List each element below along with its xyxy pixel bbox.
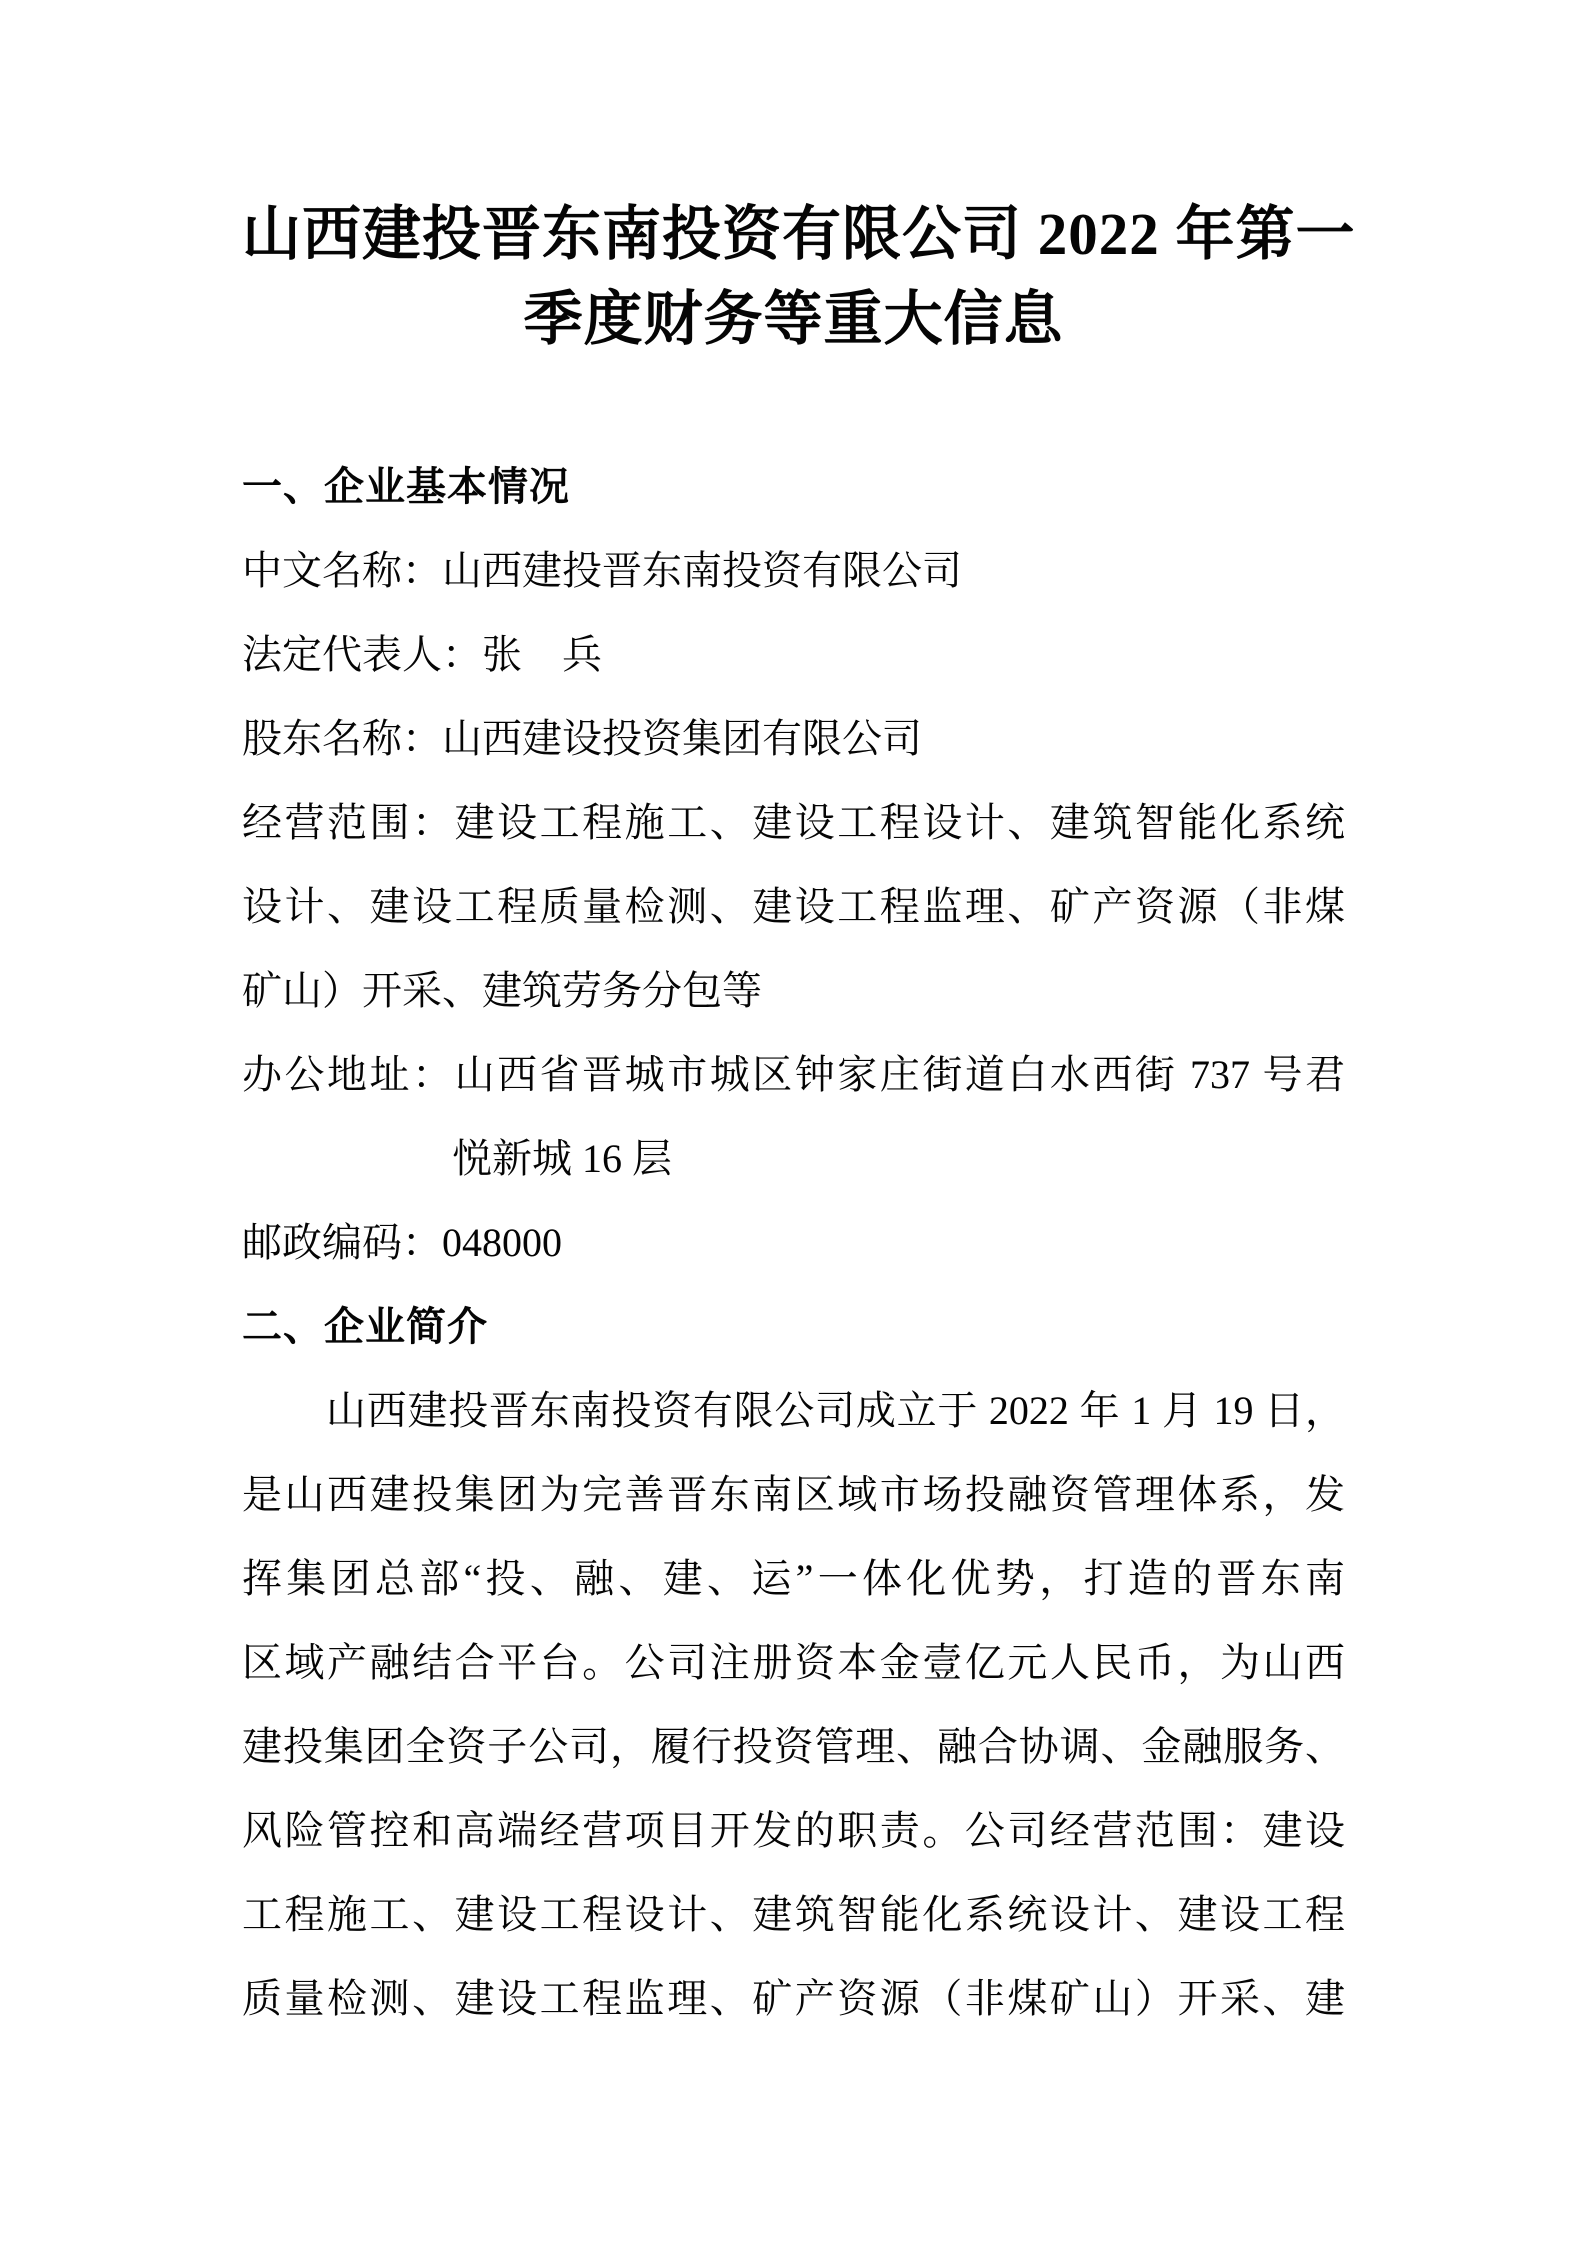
field-office-address-line-1: 办公地址：山西省晋城市城区钟家庄街道白水西街 737 号君 [242, 1033, 1345, 1117]
document-title-line-2: 季度财务等重大信息 [242, 277, 1345, 362]
section-1-heading: 一、企业基本情况 [242, 445, 1345, 529]
company-intro-line-1: 山西建投晋东南投资有限公司成立于 2022 年 1 月 19 日， [242, 1369, 1345, 1453]
company-intro-line-2: 是山西建投集团为完善晋东南区域市场投融资管理体系，发 [242, 1453, 1345, 1537]
company-intro-line-6: 风险管控和高端经营项目开发的职责。公司经营范围：建设 [242, 1789, 1345, 1873]
section-2-heading: 二、企业简介 [242, 1285, 1345, 1369]
field-legal-representative: 法定代表人：张 兵 [242, 613, 1345, 697]
field-business-scope-line-2: 设计、建设工程质量检测、建设工程监理、矿产资源（非煤 [242, 865, 1345, 949]
field-business-scope-line-3: 矿山）开采、建筑劳务分包等 [242, 949, 1345, 1033]
company-intro-line-5: 建投集团全资子公司，履行投资管理、融合协调、金融服务、 [242, 1705, 1345, 1789]
field-postal-code: 邮政编码：048000 [242, 1201, 1345, 1285]
company-intro-line-3: 挥集团总部“投、融、建、运”一体化优势，打造的晋东南 [242, 1537, 1345, 1621]
field-business-scope-line-1: 经营范围：建设工程施工、建设工程设计、建筑智能化系统 [242, 781, 1345, 865]
company-intro-line-8: 质量检测、建设工程监理、矿产资源（非煤矿山）开采、建 [242, 1957, 1345, 2041]
company-intro-line-4: 区域产融结合平台。公司注册资本金壹亿元人民币，为山西 [242, 1621, 1345, 1705]
document-title: 山西建投晋东南投资有限公司 2022 年第一 季度财务等重大信息 [242, 192, 1345, 362]
document-body: 一、企业基本情况 中文名称：山西建投晋东南投资有限公司 法定代表人：张 兵 股东… [242, 445, 1345, 2041]
company-intro-line-7: 工程施工、建设工程设计、建筑智能化系统设计、建设工程 [242, 1873, 1345, 1957]
field-shareholder-name: 股东名称：山西建设投资集团有限公司 [242, 697, 1345, 781]
field-office-address-line-2: 悦新城 16 层 [242, 1117, 1345, 1201]
document-page: 山西建投晋东南投资有限公司 2022 年第一 季度财务等重大信息 一、企业基本情… [0, 0, 1587, 2245]
field-chinese-name: 中文名称：山西建投晋东南投资有限公司 [242, 529, 1345, 613]
document-title-line-1: 山西建投晋东南投资有限公司 2022 年第一 [242, 192, 1345, 277]
